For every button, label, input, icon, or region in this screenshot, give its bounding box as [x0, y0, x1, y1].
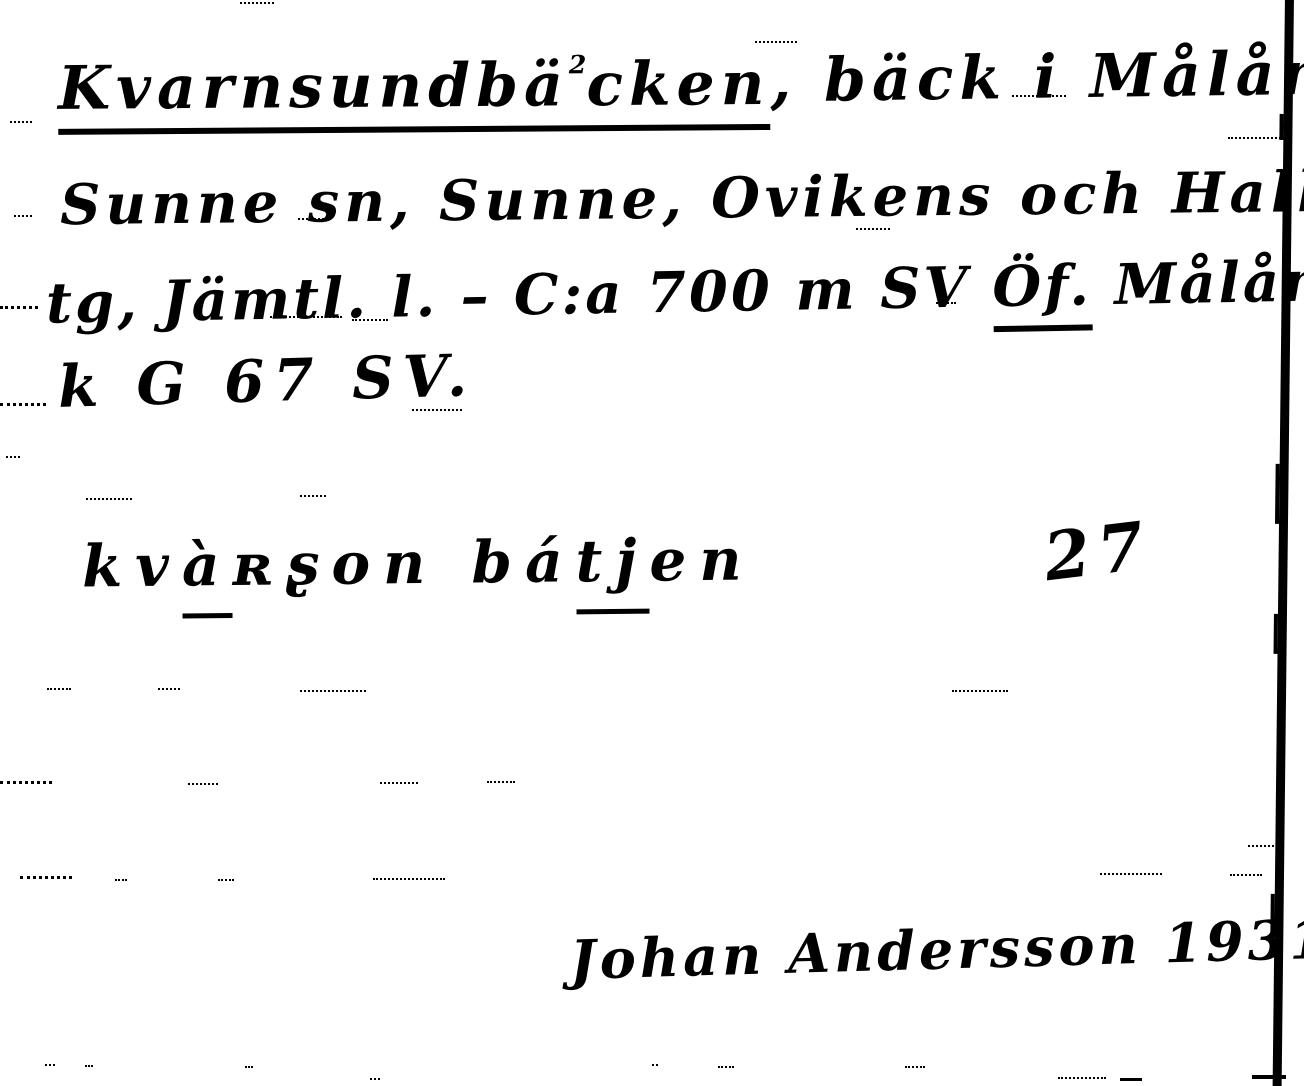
location-part2: Målång: [1091, 248, 1304, 319]
scan-noise: [380, 782, 418, 784]
scan-noise: [0, 306, 38, 309]
phonetic-seg1: kv: [82, 531, 183, 600]
scan-noise: [718, 1066, 734, 1068]
phonetic-seg4: á: [525, 527, 576, 596]
scan-noise: [1248, 845, 1278, 847]
scan-noise: [1012, 95, 1066, 97]
archive-card: Kvarnsundbä2cken, bäck i Målång, Sunne s…: [0, 0, 1304, 1086]
scan-noise: [905, 1066, 925, 1068]
phonetic-seg6: en: [649, 525, 755, 594]
scan-noise: [1252, 1075, 1286, 1079]
phonetic-transcription: kvàʀʂon bátjen: [82, 530, 755, 595]
scan-noise: [158, 688, 180, 690]
scan-noise: [240, 2, 274, 4]
scan-noise: [755, 41, 797, 43]
scan-noise: [0, 781, 52, 784]
scan-noise: [487, 781, 515, 783]
phonetic-seg5-underlined: tj: [575, 527, 650, 615]
headword-part1: Kvarnsundbä: [58, 50, 569, 124]
signature: Johan Andersson 1931.: [569, 911, 1304, 987]
location-underlined-abbrev: Öf.: [992, 252, 1093, 332]
scan-noise: [652, 1064, 658, 1066]
phonetic-seg2-underlined: à: [182, 531, 234, 619]
scan-noise: [218, 879, 234, 881]
scan-noise: [270, 316, 342, 318]
scan-noise: [115, 879, 127, 881]
scan-noise: [188, 783, 218, 785]
scan-noise: [298, 218, 324, 220]
scan-noise: [6, 456, 20, 458]
scan-noise: [1228, 137, 1288, 139]
scan-noise: [370, 1078, 380, 1080]
scan-noise: [85, 1065, 93, 1067]
scan-noise: [86, 498, 132, 500]
scan-edge-ragged: [1270, 894, 1275, 944]
scan-noise: [300, 495, 326, 497]
scan-noise: [0, 403, 46, 406]
scan-noise: [47, 688, 71, 690]
scan-noise: [14, 215, 32, 217]
headword-superscript: 2: [569, 49, 587, 79]
scan-noise: [300, 690, 366, 692]
headword-part2: cken: [586, 49, 770, 120]
scan-noise: [412, 409, 462, 411]
scan-edge-ragged: [1275, 464, 1280, 524]
scan-noise: [20, 876, 72, 879]
scan-noise: [373, 878, 445, 880]
scan-noise: [352, 319, 388, 321]
location-part1: tg, Jämtl. l. – C:a 700 m SV: [46, 254, 994, 337]
headword-line: Kvarnsundbä2cken, bäck i Målång,: [58, 43, 1304, 138]
scan-noise: [856, 228, 890, 230]
scan-noise: [1100, 873, 1162, 875]
scan-noise: [936, 302, 956, 304]
card-number: 27: [1040, 512, 1155, 591]
headword: Kvarnsundbä2cken: [58, 54, 771, 135]
scan-noise: [1058, 1077, 1106, 1079]
parish-line: Sunne sn, Sunne, Ovikens och Hallens: [60, 163, 1304, 234]
scan-edge-ragged: [1274, 614, 1278, 654]
map-reference-line: k G 67 SV.: [57, 346, 476, 416]
phonetic-seg3: ʀʂon b: [232, 528, 525, 599]
headword-description: , bäck i Målång,: [770, 38, 1304, 117]
scan-noise: [1230, 874, 1262, 876]
scan-noise: [952, 690, 1008, 692]
location-line: tg, Jämtl. l. – C:a 700 m SV Öf. Målång2: [46, 252, 1304, 331]
scan-noise: [10, 121, 32, 123]
scan-noise: [245, 1066, 253, 1068]
scan-noise: [1120, 1078, 1142, 1081]
scan-noise: [45, 1064, 55, 1066]
